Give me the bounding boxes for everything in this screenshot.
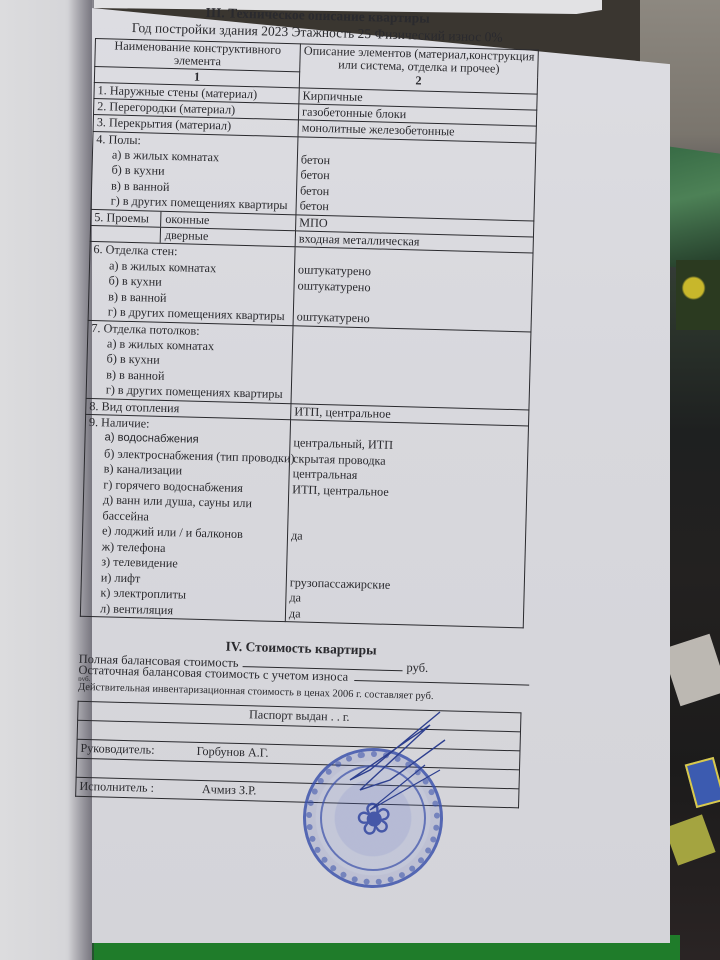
executor-label: Исполнитель : bbox=[79, 779, 154, 795]
header-num2: 2 bbox=[415, 73, 421, 87]
background-object bbox=[676, 260, 720, 330]
signature-scribble bbox=[330, 710, 450, 820]
availability-labels: 9. Наличие: а) водоснабженияб) электросн… bbox=[80, 414, 290, 622]
ceiling-finish-values bbox=[291, 325, 531, 409]
technical-description-table: Наименование конструктивного элемента Оп… bbox=[80, 38, 539, 629]
table-row: 9. Наличие: а) водоснабженияб) электросн… bbox=[80, 414, 528, 628]
document-content: III. Техническое описание квартиры Год п… bbox=[75, 0, 540, 808]
table-row: 7. Отделка потолков: а) в жилых комнатах… bbox=[86, 320, 531, 410]
openings-label: 5. Проемы bbox=[91, 210, 161, 227]
table-row: 4. Полы: а) в жилых комнатахб) в кухнив)… bbox=[91, 131, 536, 221]
availability-values: центральный, ИТПскрытая проводкацентраль… bbox=[285, 420, 528, 628]
openings-cell: 5. Проемы оконные дверные bbox=[90, 209, 296, 247]
wall-finish-values: оштукатуренооштукатуренооштукатурено bbox=[293, 247, 533, 331]
floors-labels: 4. Полы: а) в жилых комнатахб) в кухнив)… bbox=[91, 131, 298, 215]
table-row: 6. Отделка стен: а) в жилых комнатахб) в… bbox=[88, 242, 533, 332]
wall-finish-labels: 6. Отделка стен: а) в жилых комнатахб) в… bbox=[88, 242, 295, 326]
signature-table: Паспорт выдан . . г. Руководитель:Горбун… bbox=[75, 700, 521, 808]
floors-values: бетонбетонбетонбетон bbox=[296, 136, 536, 220]
header-col2: Описание элементов (материал,конструкция… bbox=[299, 44, 538, 94]
executor-name: Ачмиз З.Р. bbox=[202, 782, 257, 797]
background-object bbox=[668, 146, 720, 273]
head-name: Горбунов А.Г. bbox=[196, 744, 268, 760]
section4: IV. Стоимость квартиры Полная балансовая… bbox=[75, 635, 523, 808]
ceiling-finish-labels: 7. Отделка потолков: а) в жилых комнатах… bbox=[86, 320, 293, 404]
header-col2-text: Описание элементов (материал,конструкция… bbox=[304, 43, 535, 76]
head-label: Руководитель: bbox=[80, 741, 155, 757]
